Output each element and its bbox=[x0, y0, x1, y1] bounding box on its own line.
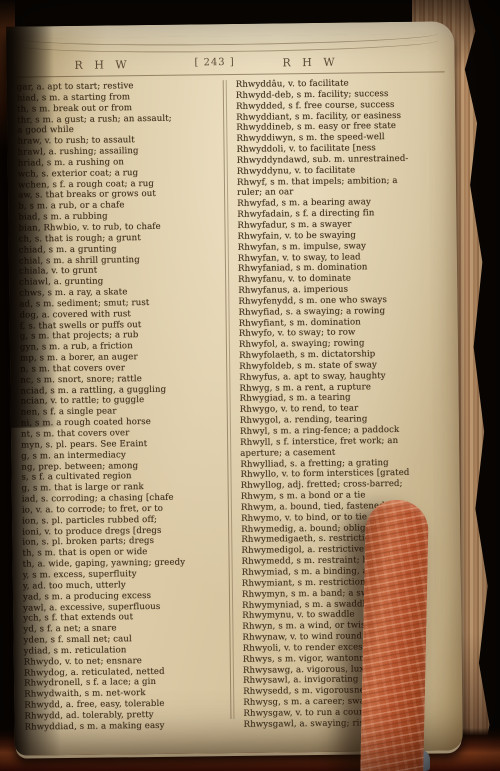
book-photo-scene: R H W [ 243 ] R H W gar, a. apt to start… bbox=[0, 0, 500, 771]
dictionary-entry-line: Rhwyddiad, s m. a making easy bbox=[25, 720, 228, 733]
page-number: [ 243 ] bbox=[194, 57, 234, 71]
dictionary-entry-line: Rhwysgawl, a. swaying; risking bbox=[244, 717, 457, 730]
left-column: gar, a. apt to start; restivehiad, s m. … bbox=[17, 80, 228, 734]
running-head-right: R H W bbox=[282, 56, 338, 71]
wooden-bookmark-stick bbox=[360, 499, 429, 771]
running-head-left: R H W bbox=[74, 58, 130, 73]
